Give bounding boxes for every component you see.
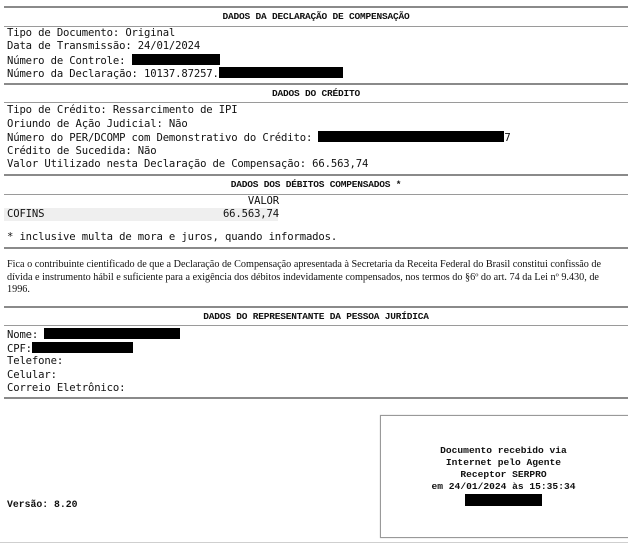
divider (4, 102, 628, 103)
acao-judicial: Oriundo de Ação Judicial: Não (7, 118, 188, 131)
redacted-perdcomp (318, 131, 504, 142)
numero-controle: Número de Controle: (7, 54, 220, 68)
divider (4, 83, 628, 85)
representante-cpf: CPF: (7, 342, 133, 356)
numero-declaracao-label: Número da Declaração: 10137.87257. (7, 68, 219, 80)
perdcomp-label: Número do PER/DCOMP com Demonstrativo do… (7, 132, 312, 144)
receipt-box: Documento recebido via Internet pelo Age… (380, 415, 628, 538)
legal-notice: Fica o contribuinte cientificado de que … (7, 259, 620, 297)
redacted-nome (44, 328, 180, 339)
redacted-numero-declaracao (219, 67, 343, 78)
redacted-receipt-code (465, 494, 542, 506)
table-row-valor: 66.563,74 (0, 208, 279, 221)
section-title-representante: DADOS DO REPRESENTANTE DA PESSOA JURÍDIC… (4, 311, 628, 322)
section-title-credito: DADOS DO CRÉDITO (4, 88, 628, 99)
debitos-footnote: * inclusive multa de mora e juros, quand… (7, 231, 337, 244)
receipt-line-2: Internet pelo Agente (381, 457, 626, 469)
divider (4, 306, 628, 308)
receipt-line-3: Receptor SERPRO (381, 469, 626, 481)
receipt-line-4: em 24/01/2024 às 15:35:34 (381, 481, 626, 493)
numero-controle-label: Número de Controle: (7, 55, 125, 67)
divider (4, 247, 628, 249)
receipt-line-1: Documento recebido via (381, 445, 626, 457)
version-label: Versão: 8.20 (7, 499, 78, 510)
representante-email: Correio Eletrônico: (7, 382, 125, 395)
perdcomp-suffix: 7 (504, 132, 510, 144)
valor-utilizado: Valor Utilizado nesta Declaração de Comp… (7, 158, 368, 171)
divider (4, 325, 628, 326)
representante-nome: Nome: (7, 328, 180, 342)
data-transmissao: Data de Transmissão: 24/01/2024 (7, 40, 200, 53)
representante-telefone: Telefone: (7, 355, 63, 368)
receipt-text: Documento recebido via Internet pelo Age… (381, 445, 626, 509)
divider (4, 174, 628, 176)
representante-celular: Celular: (7, 369, 57, 382)
redacted-numero-controle (132, 54, 220, 65)
tipo-documento: Tipo de Documento: Original (7, 27, 175, 40)
credito-sucedida: Crédito de Sucedida: Não (7, 145, 156, 158)
section-title-debitos: DADOS DOS DÉBITOS COMPENSADOS * (4, 179, 628, 190)
cpf-label: CPF: (7, 343, 32, 355)
redacted-cpf (32, 342, 133, 353)
numero-perdcomp: Número do PER/DCOMP com Demonstrativo do… (7, 131, 511, 145)
nome-label: Nome: (7, 329, 38, 341)
divider (4, 397, 628, 399)
page-edge (0, 542, 628, 543)
column-header-valor: VALOR (0, 195, 279, 208)
section-title-declaracao: DADOS DA DECLARAÇÃO DE COMPENSAÇÃO (4, 11, 628, 22)
divider (4, 6, 628, 8)
tipo-credito: Tipo de Crédito: Ressarcimento de IPI (7, 104, 237, 117)
numero-declaracao: Número da Declaração: 10137.87257. (7, 67, 343, 81)
